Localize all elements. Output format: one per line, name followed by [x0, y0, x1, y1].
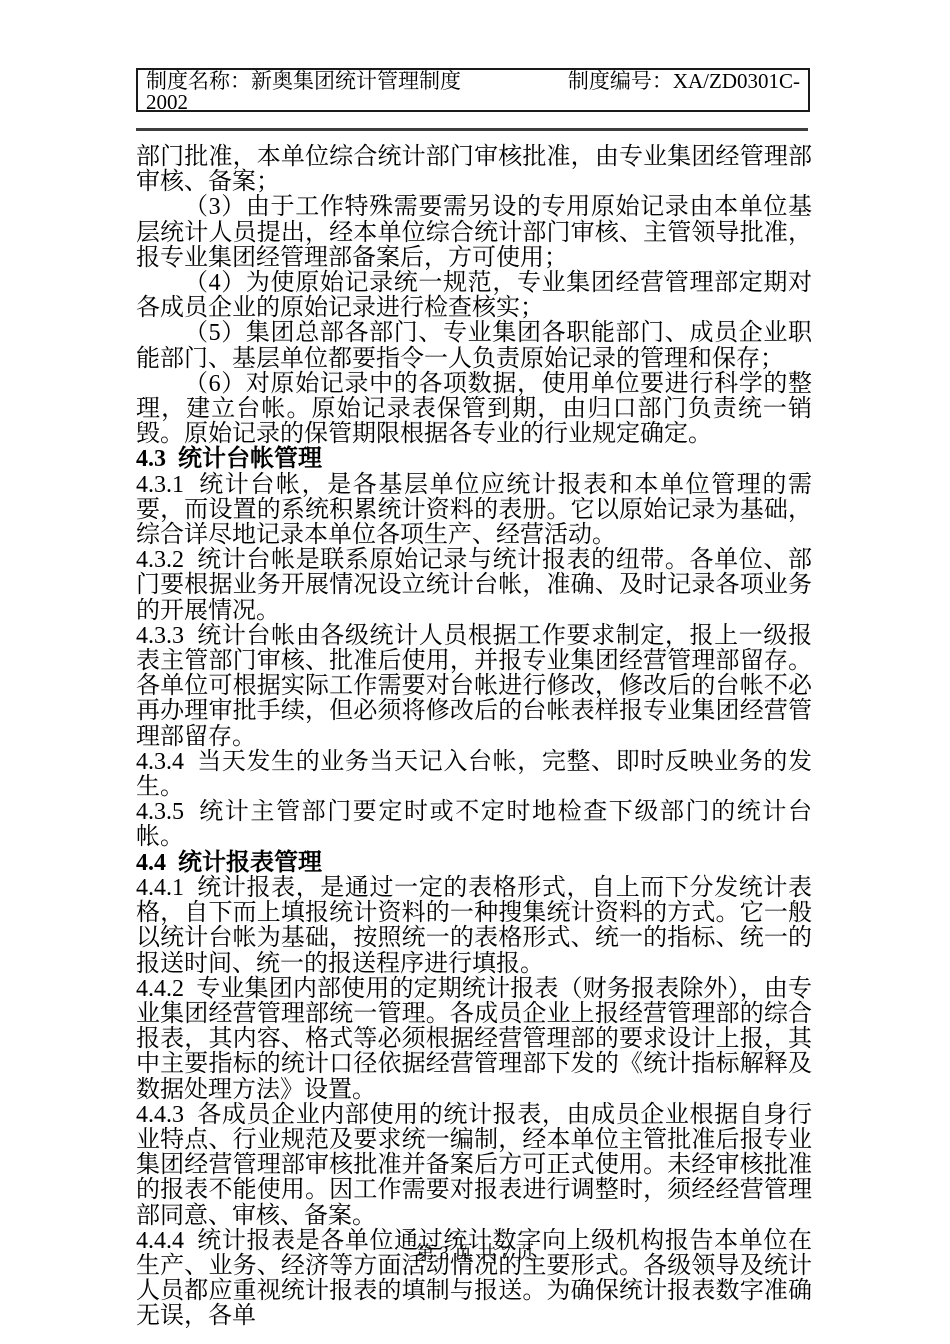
paragraph: 4.3.3 统计台帐由各级统计人员根据工作要求制定，报上一级报表主管部门审核、批… — [136, 624, 812, 750]
page-number-text: 第 3 页 共 7 页 — [416, 1243, 535, 1264]
paragraph: 4.4.2 专业集团内部使用的定期统计报表（财务报表除外），由专业集团经营管理部… — [136, 977, 812, 1103]
institution-code-label: 制度编号：XA/ZD0301C- — [568, 71, 800, 92]
page-footer: 第 3 页 共 7 页 — [0, 1243, 950, 1265]
paragraph: （5）集团总部各部门、专业集团各职能部门、成员企业职能部门、基层单位都要指令一人… — [136, 321, 812, 371]
paragraph: （3）由于工作特殊需要需另设的专用原始记录由本单位基层统计人员提出，经本单位综合… — [136, 195, 812, 271]
paragraph: 4.3.1 统计台帐，是各基层单位应统计报表和本单位管理的需要，而设置的系统积累… — [136, 473, 812, 549]
header-row: 制度名称：新奥集团统计管理制度 制度编号：XA/ZD0301C- — [146, 71, 800, 92]
header-divider-rule — [136, 128, 808, 131]
institution-code-wrap: 2002 — [146, 92, 800, 113]
document-body: 部门批准，本单位综合统计部门审核批准，由专业集团经管理部审核、备案；（3）由于工… — [136, 145, 812, 1330]
paragraph: 4.4.3 各成员企业内部使用的统计报表，由成员企业根据自身行业特点、行业规范及… — [136, 1103, 812, 1229]
paragraph: 4.4.1 统计报表，是通过一定的表格形式，自上而下分发统计表格，自下而上填报统… — [136, 876, 812, 977]
paragraph: 4.3.4 当天发生的业务当天记入台帐，完整、即时反映业务的发生。 — [136, 750, 812, 800]
section-heading: 4.3 统计台帐管理 — [136, 447, 812, 472]
section-heading: 4.4 统计报表管理 — [136, 851, 812, 876]
institution-name-label: 制度名称：新奥集团统计管理制度 — [146, 71, 461, 92]
paragraph: 4.3.5 统计主管部门要定时或不定时地检查下级部门的统计台帐。 — [136, 800, 812, 850]
paragraph: （6）对原始记录中的各项数据，使用单位要进行科学的整理，建立台帐。原始记录表保管… — [136, 372, 812, 448]
document-header-box: 制度名称：新奥集团统计管理制度 制度编号：XA/ZD0301C- 2002 — [136, 68, 810, 112]
paragraph: 部门批准，本单位综合统计部门审核批准，由专业集团经管理部审核、备案； — [136, 145, 812, 195]
document-page: 制度名称：新奥集团统计管理制度 制度编号：XA/ZD0301C- 2002 部门… — [0, 0, 950, 1344]
paragraph: （4）为使原始记录统一规范，专业集团经营管理部定期对各成员企业的原始记录进行检查… — [136, 271, 812, 321]
paragraph: 4.3.2 统计台帐是联系原始记录与统计报表的纽带。各单位、部门要根据业务开展情… — [136, 548, 812, 624]
